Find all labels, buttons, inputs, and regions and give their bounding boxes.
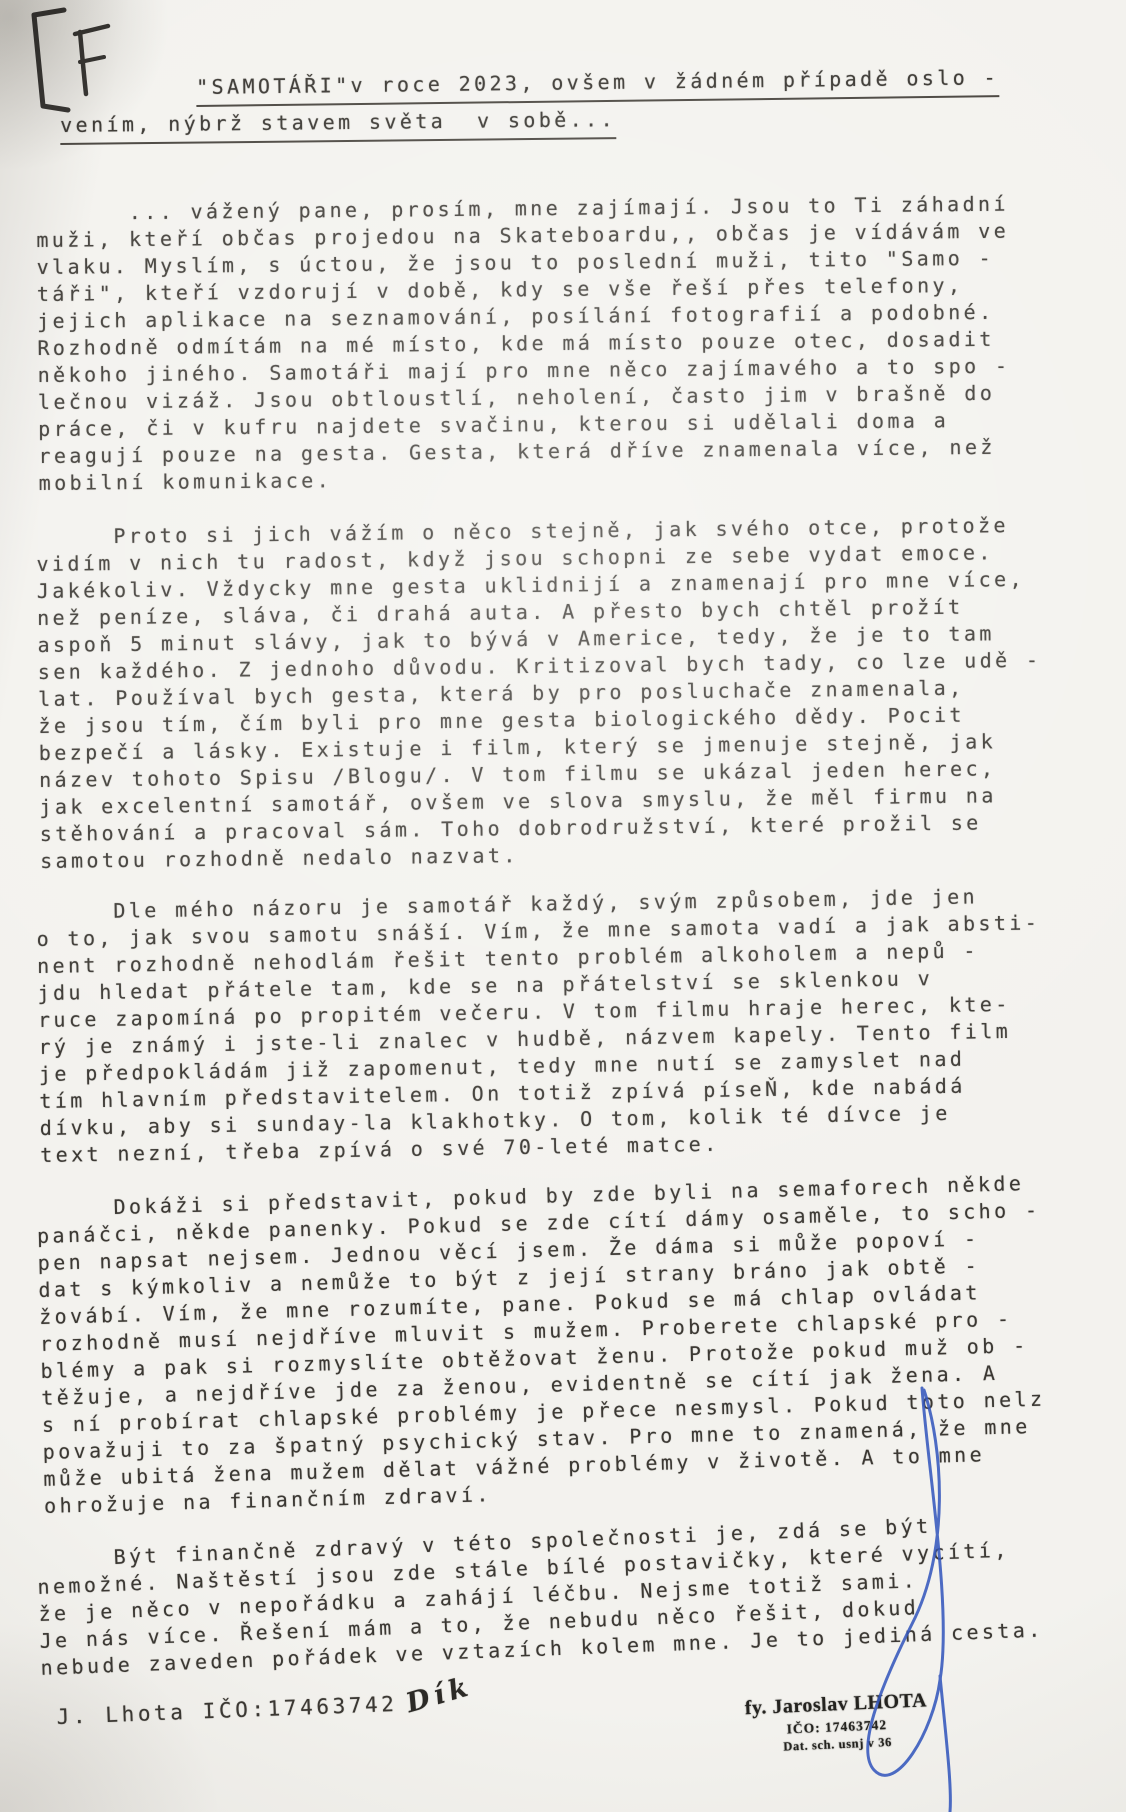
footer-typed-line: J. Lhota IČO:17463742Dík — [56, 1684, 475, 1731]
corner-mark-icon — [20, 2, 120, 122]
paper-page: { "document": { "corner_mark": "[F", "ti… — [0, 0, 1126, 1812]
signature-stroke — [800, 1378, 1060, 1812]
title-line-2: vením, nýbrž stavem světa v sobě... — [60, 106, 616, 145]
handwritten-thanks-note: Dík — [403, 1671, 476, 1720]
title-line-1: "SAMOTÁŘI"v roce 2023, ovšem v žádném př… — [196, 64, 999, 107]
footer-author-ico: J. Lhota IČO:17463742 — [56, 1692, 398, 1729]
paragraph-3: Dle mého názoru je samotář každý, svým z… — [36, 881, 1104, 1169]
paragraph-1: ... vážený pane, prosím, mne zajímají. J… — [36, 190, 1103, 497]
paragraph-2: Proto si jich vážím o něco stejně, jak s… — [36, 511, 1104, 875]
